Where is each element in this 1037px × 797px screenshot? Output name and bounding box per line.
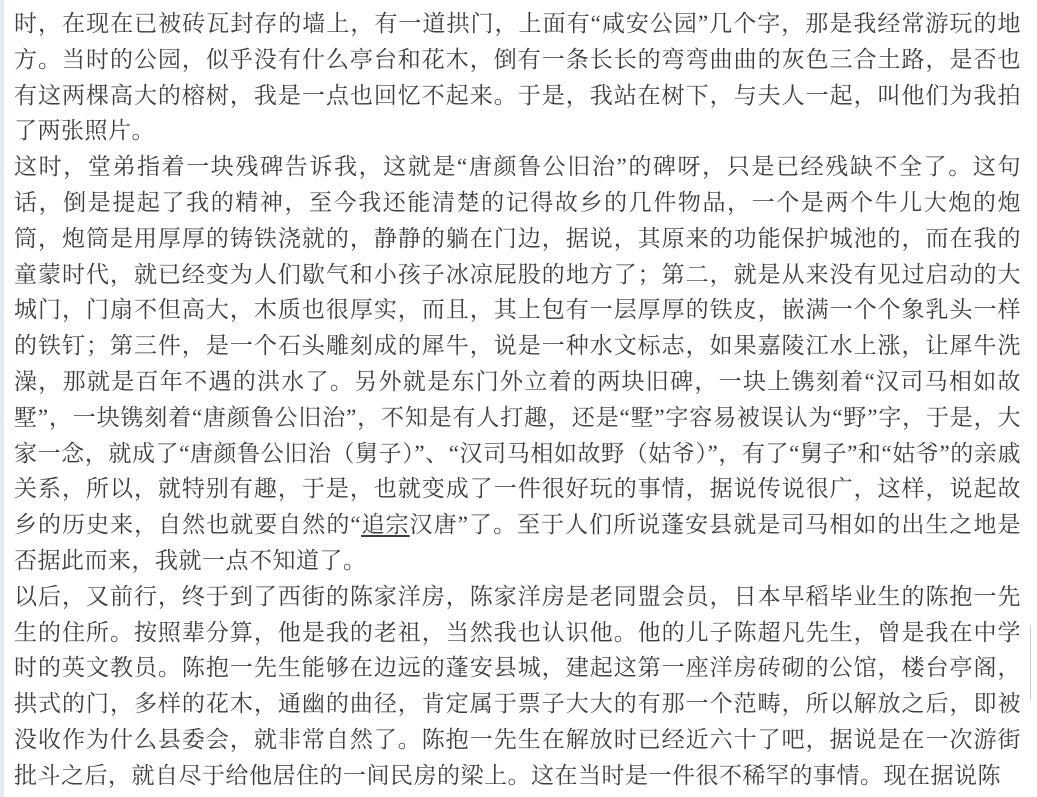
paragraph-2-text-before: 这时，堂弟指着一块残碑告诉我，这就是“唐颜鲁公旧治”的碑呀，只是已经残缺不全了。… — [14, 154, 1021, 537]
paragraph-3: 以后，又前行，终于到了西街的陈家洋房，陈家洋房是老同盟会员，日本早稻毕业生的陈抱… — [14, 579, 1021, 794]
paragraph-3-text: 以后，又前行，终于到了西街的陈家洋房，陈家洋房是老同盟会员，日本早稻毕业生的陈抱… — [14, 584, 1021, 788]
right-edge-border-fragment — [1030, 625, 1031, 700]
paragraph-1-text: 时，在现在已被砖瓦封存的墙上，有一道拱门，上面有“咸安公园”几个字，那是我经常游… — [14, 11, 1021, 143]
paragraph-1: 时，在现在已被砖瓦封存的墙上，有一道拱门，上面有“咸安公园”几个字，那是我经常游… — [14, 6, 1021, 149]
underlined-term: 追宗 — [361, 512, 410, 537]
paragraph-2: 这时，堂弟指着一块残碑告诉我，这就是“唐颜鲁公旧治”的碑呀，只是已经残缺不全了。… — [14, 149, 1021, 579]
document-page: 时，在现在已被砖瓦封存的墙上，有一道拱门，上面有“咸安公园”几个字，那是我经常游… — [0, 0, 1037, 797]
